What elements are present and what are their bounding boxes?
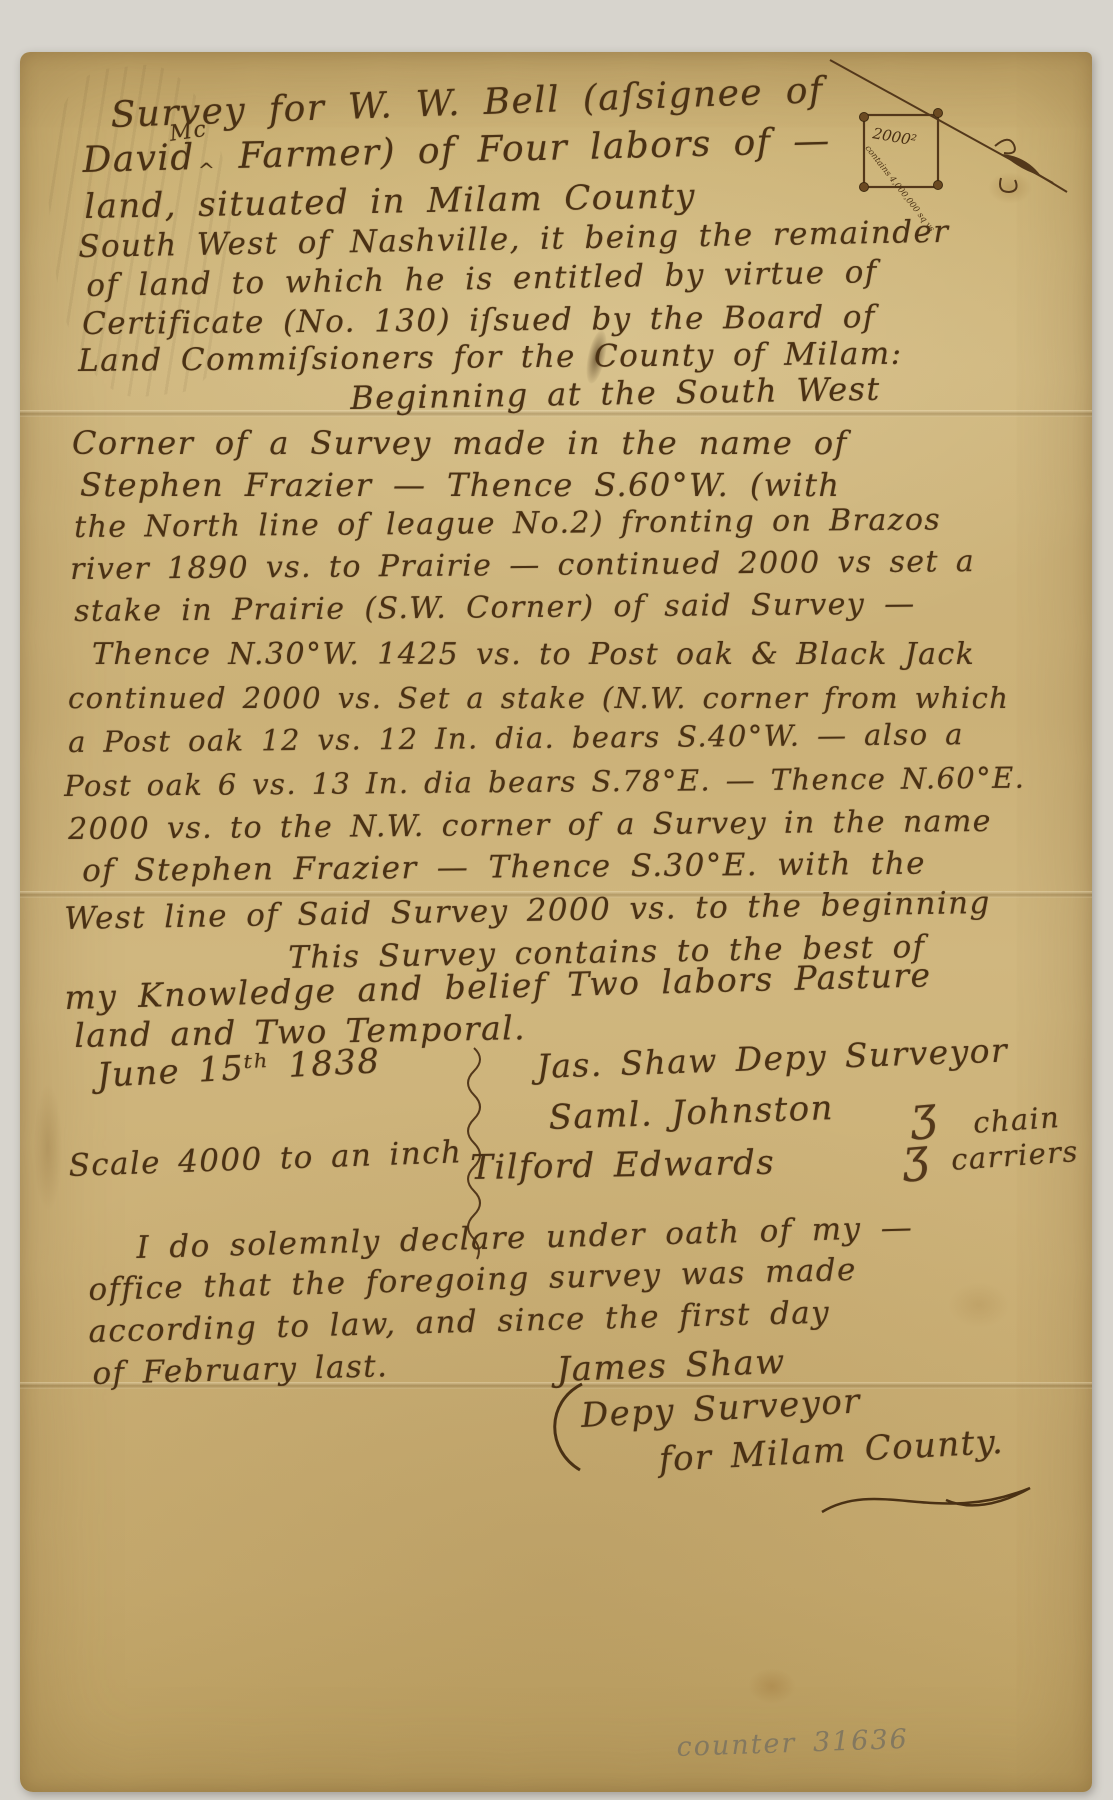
- handwritten-line: 2000 vs. to the N.W. corner of a Survey …: [68, 804, 992, 847]
- handwritten-line: Thence N.30°W. 1425 vs. to Post oak & Bl…: [92, 637, 975, 672]
- handwritten-line: continued 2000 vs. Set a stake (N.W. cor…: [68, 681, 1009, 715]
- signature-jurisdiction: for Milam County.: [658, 1422, 1005, 1480]
- carriers-brace: ʒ: [900, 1127, 931, 1183]
- signature-title: Depy Surveyor: [580, 1381, 862, 1436]
- handwritten-line: a Post oak 12 vs. 12 In. dia. bears S.40…: [68, 717, 964, 759]
- handwritten-line: Beginning at the South West: [350, 370, 881, 417]
- scanned-survey-document: { "page": { "background_color": "#d7d4cd…: [0, 0, 1113, 1800]
- handwritten-line: Post oak 6 vs. 13 In. dia bears S.78°E. …: [64, 761, 1025, 803]
- surveyor-signature: James Shaw: [556, 1342, 786, 1390]
- chain-label: chain: [972, 1100, 1061, 1140]
- handwritten-line: Stephen Frazier — Thence S.60°W. (with: [80, 466, 840, 504]
- carriers-label: carriers: [950, 1134, 1080, 1177]
- scale-note: Scale 4000 to an inch: [68, 1134, 463, 1184]
- archive-number: counter 31636: [676, 1724, 909, 1763]
- handwritten-line: Certificate (No. 130) iſsued by the Boar…: [82, 299, 876, 342]
- handwritten-line: of Stephen Frazier — Thence S.30°E. with…: [82, 846, 926, 889]
- oath-line: of February last.: [92, 1348, 389, 1392]
- handwritten-line: Corner of a Survey made in the name of: [72, 424, 848, 462]
- handwriting-layer: Survey for W. W. Bell (aſsignee ofMc^Dav…: [0, 0, 1113, 1800]
- chain-carrier-name: Tilford Edwards: [470, 1143, 775, 1188]
- handwritten-line: stake in Prairie (S.W. Corner) of said S…: [74, 587, 916, 629]
- chain-carrier-name: Saml. Johnston: [548, 1088, 834, 1138]
- handwritten-line: the North line of league No.2) fronting …: [74, 502, 941, 545]
- handwritten-line: river 1890 vs. to Prairie — continued 20…: [70, 544, 975, 587]
- deputy-surveyor-attribution: Jas. Shaw Depy Surveyor: [536, 1031, 1009, 1086]
